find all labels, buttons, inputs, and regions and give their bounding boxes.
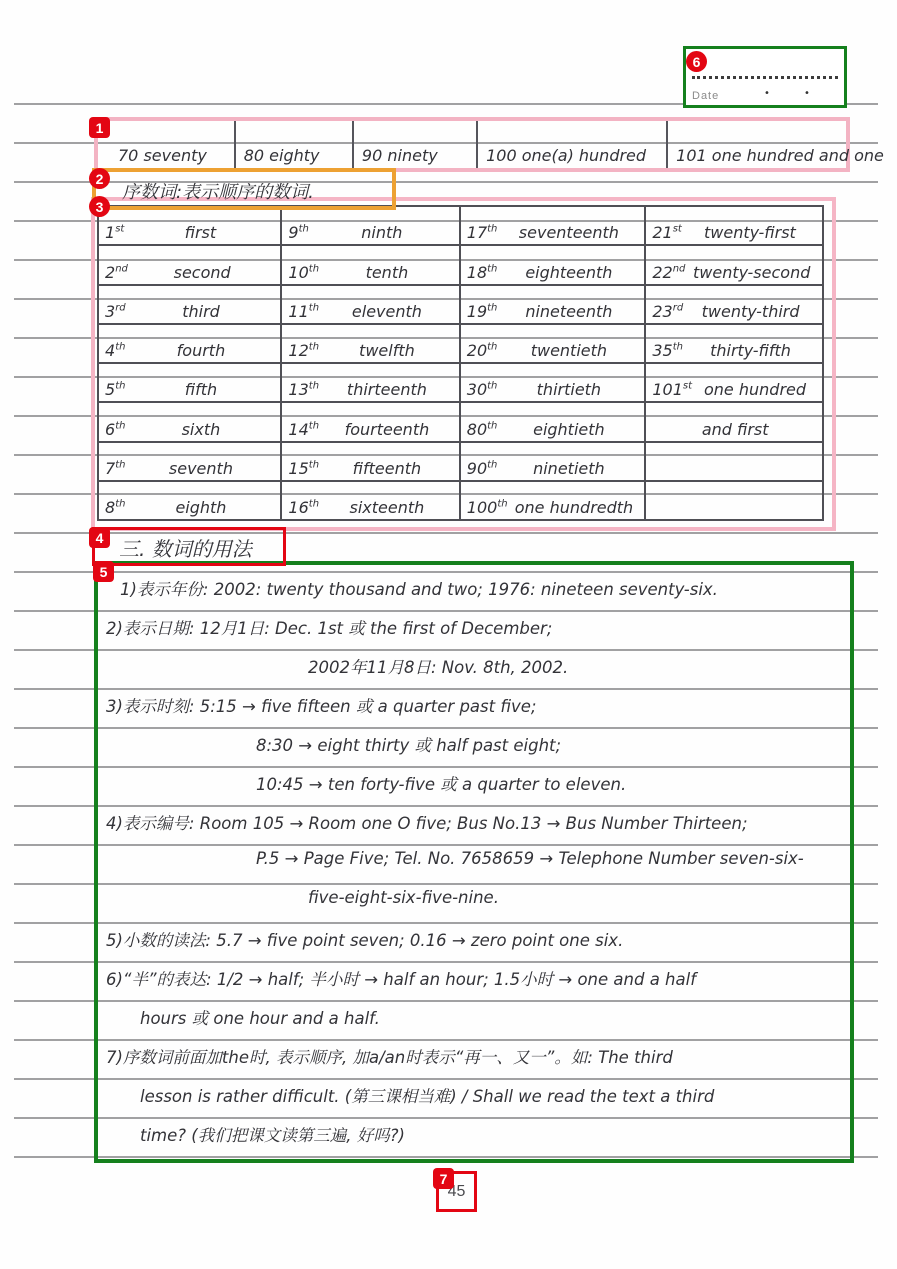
ordinal-num: 22 (652, 263, 672, 282)
ordinal-suffix: nd (673, 263, 686, 274)
ordinal-abbr: 9th (288, 223, 308, 242)
ordinal-abbr: 19th (467, 302, 498, 321)
annotation-badge-6: 6 (686, 51, 707, 72)
usage-heading-text: 三. 数词的用法 (95, 533, 252, 563)
ordinal-suffix: th (309, 459, 319, 470)
ordinal-word: twenty-third (683, 302, 818, 321)
ordinal-abbr: 30th (467, 380, 498, 399)
ordinal-cell: 1stfirst (99, 207, 282, 246)
ordinal-num: 12 (288, 341, 308, 360)
ordinal-cell: 14thfourteenth (282, 403, 460, 442)
ordinal-cell: 11theleventh (282, 286, 460, 325)
ordinal-cell (646, 482, 824, 521)
usage-heading-box: 三. 数词的用法 (92, 527, 286, 566)
ordinal-num: 2 (105, 263, 115, 282)
ordinal-suffix: st (683, 381, 692, 392)
ordinal-abbr: 10th (288, 263, 319, 282)
ordinal-suffix: th (487, 302, 497, 313)
ordinal-cell: and first (646, 403, 824, 442)
ordinal-num: 7 (105, 459, 115, 478)
annotation-badge-4: 4 (89, 527, 110, 548)
ordinal-num: 35 (652, 341, 672, 360)
ordinal-word: twelfth (319, 341, 455, 360)
ordinal-num: 5 (105, 380, 115, 399)
ordinal-intro-box: 序数词:表示顺序的数词. (92, 168, 396, 210)
usage-line: 5)小数的读法: 5.7 → five point seven; 0.16 → … (106, 927, 623, 951)
ordinal-word: sixth (125, 420, 276, 439)
ordinal-cell: 2ndsecond (99, 246, 282, 285)
ordinal-cell: 80theightieth (461, 403, 647, 442)
ordinal-suffix: th (309, 499, 319, 510)
ordinal-num: 11 (288, 302, 308, 321)
ordinal-abbr: 7th (105, 459, 125, 478)
ordinal-intro-text: 序数词:表示顺序的数词. (96, 178, 314, 206)
ordinal-word: eleventh (319, 302, 455, 321)
ordinal-abbr: 80th (467, 420, 498, 439)
ordinal-suffix: th (115, 459, 125, 470)
notebook-page: Date • • 6 70 seventy 80 eighty 90 ninet… (0, 0, 897, 1269)
ordinal-suffix: th (487, 420, 497, 431)
ordinal-cell: 8theighth (99, 482, 282, 521)
ordinal-word: eightieth (497, 420, 640, 439)
ordinal-num: 9 (288, 223, 298, 242)
ordinal-suffix: th (309, 420, 319, 431)
ordinal-suffix: th (487, 459, 497, 470)
date-label: Date (692, 90, 719, 102)
ordinal-suffix: th (115, 499, 125, 510)
ordinal-num: 21 (652, 223, 672, 242)
usage-notes-box: 1)表示年份: 2002: twenty thousand and two; 1… (94, 561, 854, 1163)
ordinal-suffix: th (487, 263, 497, 274)
ordinal-abbr: 23rd (652, 302, 683, 321)
usage-line: 1)表示年份: 2002: twenty thousand and two; 1… (120, 576, 718, 600)
ordinal-abbr: 3rd (105, 302, 126, 321)
ordinal-word: and first (652, 420, 818, 439)
usage-line: five-eight-six-five-nine. (308, 888, 499, 907)
ordinal-abbr: 100th (467, 498, 508, 517)
ordinal-word: fifteenth (319, 459, 455, 478)
ordinal-num: 18 (467, 263, 487, 282)
ordinal-suffix: th (497, 499, 507, 510)
ordinal-cell: 23rdtwenty-third (646, 286, 824, 325)
ordinal-cell: 12thtwelfth (282, 325, 460, 364)
ordinal-abbr: 16th (288, 498, 319, 517)
ordinal-abbr: 11th (288, 302, 319, 321)
ordinal-abbr: 8th (105, 498, 125, 517)
ordinal-suffix: th (299, 224, 309, 235)
ordinal-cell: 19thnineteenth (461, 286, 647, 325)
ordinal-num: 4 (105, 341, 115, 360)
ordinal-num: 100 (467, 498, 498, 517)
ordinal-cell: 20thtwentieth (461, 325, 647, 364)
annotation-badge-5: 5 (93, 561, 114, 582)
ordinal-suffix: th (487, 381, 497, 392)
cardinal-cell: 101 one hundred and one (668, 121, 889, 168)
usage-line: hours 或 one hour and a half. (140, 1005, 380, 1029)
ordinal-num: 13 (288, 380, 308, 399)
date-separator-dot: • (804, 88, 810, 99)
ordinal-num: 16 (288, 498, 308, 517)
ordinal-cell: 90thninetieth (461, 443, 647, 482)
ordinal-word: eighth (125, 498, 276, 517)
ordinal-abbr: 21st (652, 223, 682, 242)
ordinal-word: thirtieth (497, 380, 640, 399)
usage-line: 7)序数词前面加the时, 表示顺序, 加a/an时表示“再一、又一”。如: T… (106, 1044, 673, 1068)
ordinal-word: twenty-second (685, 263, 818, 282)
ordinal-word: seventh (125, 459, 276, 478)
ordinal-suffix: th (115, 342, 125, 353)
annotation-badge-3: 3 (89, 196, 110, 217)
ordinal-abbr: 20th (467, 341, 498, 360)
ordinal-suffix: th (115, 381, 125, 392)
ordinal-num: 30 (467, 380, 487, 399)
ordinal-suffix: th (487, 342, 497, 353)
ordinal-word: one hundredth (508, 498, 641, 517)
ordinal-cell: 4thfourth (99, 325, 282, 364)
annotation-badge-1: 1 (89, 117, 110, 138)
ordinal-abbr: 101st (652, 380, 692, 399)
ordinal-suffix: th (115, 420, 125, 431)
ordinal-suffix: th (309, 302, 319, 313)
usage-line: 2002年11月8日: Nov. 8th, 2002. (308, 654, 568, 678)
usage-line: time? (我们把课文读第三遍, 好吗?) (140, 1122, 405, 1146)
ordinal-num: 20 (467, 341, 487, 360)
ordinal-word: first (124, 223, 276, 242)
ordinal-abbr: 6th (105, 420, 125, 439)
ordinal-cell: 100thone hundredth (461, 482, 647, 521)
ordinal-cell: 6thsixth (99, 403, 282, 442)
usage-line: 4)表示编号: Room 105 → Room one O five; Bus … (106, 810, 748, 834)
ordinal-suffix: th (309, 381, 319, 392)
ordinal-cell: 7thseventh (99, 443, 282, 482)
ordinal-suffix: rd (115, 302, 125, 313)
ordinal-cell: 35ththirty-fifth (646, 325, 824, 364)
ordinal-cell: 16thsixteenth (282, 482, 460, 521)
ordinal-word: ninth (309, 223, 455, 242)
ordinal-suffix: nd (115, 263, 128, 274)
ordinal-cell: 21sttwenty-first (646, 207, 824, 246)
ordinal-num: 3 (105, 302, 115, 321)
ordinal-suffix: th (309, 263, 319, 274)
ordinal-num: 6 (105, 420, 115, 439)
annotation-badge-2: 2 (89, 168, 110, 189)
ordinal-abbr: 1st (105, 223, 124, 242)
usage-line: 3)表示时刻: 5:15 → five fifteen 或 a quarter … (106, 693, 536, 717)
ordinal-num: 15 (288, 459, 308, 478)
ordinal-abbr: 17th (467, 223, 498, 242)
ordinal-word: eighteenth (497, 263, 640, 282)
date-separator-dot: • (764, 88, 770, 99)
ordinal-word: twentieth (497, 341, 640, 360)
ordinal-word: twenty-first (682, 223, 818, 242)
ordinal-suffix: th (673, 342, 683, 353)
ordinal-word: fifth (125, 380, 276, 399)
ordinal-word: seventeenth (497, 223, 640, 242)
ordinal-word: sixteenth (319, 498, 455, 517)
ordinal-abbr: 14th (288, 420, 319, 439)
ordinal-num: 17 (467, 223, 487, 242)
ordinal-num: 8 (105, 498, 115, 517)
ordinal-num: 101 (652, 380, 683, 399)
date-box: Date • • (683, 46, 847, 108)
ordinal-word: one hundred (692, 380, 818, 399)
ordinal-num: 90 (467, 459, 487, 478)
usage-line: lesson is rather difficult. (第三课相当难) / S… (140, 1083, 714, 1107)
ordinal-num: 19 (467, 302, 487, 321)
ordinal-word: thirty-fifth (683, 341, 818, 360)
ordinal-suffix: st (673, 224, 682, 235)
ordinal-abbr: 15th (288, 459, 319, 478)
ordinal-abbr: 13th (288, 380, 319, 399)
ordinal-word: second (128, 263, 277, 282)
ordinal-num: 14 (288, 420, 308, 439)
ordinal-suffix: rd (673, 302, 683, 313)
ordinal-word: nineteenth (497, 302, 640, 321)
annotation-badge-7: 7 (433, 1168, 454, 1189)
ordinal-cell: 9thninth (282, 207, 460, 246)
ordinal-cell: 3rdthird (99, 286, 282, 325)
usage-line: 6)“半”的表达: 1/2 → half; 半小时 → half an hour… (106, 966, 696, 990)
ordinal-num: 10 (288, 263, 308, 282)
usage-line: 2)表示日期: 12月1日: Dec. 1st 或 the first of D… (106, 615, 552, 639)
ordinal-abbr: 22nd (652, 263, 685, 282)
ordinal-abbr: 4th (105, 341, 125, 360)
ordinal-word: tenth (319, 263, 455, 282)
ordinal-abbr: 35th (652, 341, 683, 360)
ordinal-cell: 15thfifteenth (282, 443, 460, 482)
cardinal-cell: 90 ninety (354, 121, 478, 168)
ordinal-abbr: 18th (467, 263, 498, 282)
usage-line: P.5 → Page Five; Tel. No. 7658659 → Tele… (256, 849, 804, 868)
ordinal-num: 1 (105, 223, 115, 242)
ordinal-cell: 5thfifth (99, 364, 282, 403)
dotted-fill-line (692, 76, 838, 79)
cardinal-row-box: 70 seventy 80 eighty 90 ninety 100 one(a… (94, 117, 850, 172)
ordinal-num: 80 (467, 420, 487, 439)
ordinal-abbr: 2nd (105, 263, 128, 282)
ordinal-abbr: 90th (467, 459, 498, 478)
cardinal-cell: 70 seventy (98, 121, 236, 168)
ordinal-cell: 18theighteenth (461, 246, 647, 285)
ordinal-cell: 101stone hundred (646, 364, 824, 403)
ordinal-suffix: st (115, 224, 124, 235)
ordinal-table-box: 1stfirst 9thninth 17thseventeenth 21sttw… (91, 197, 836, 531)
ordinal-cell: 30ththirtieth (461, 364, 647, 403)
ordinal-table: 1stfirst 9thninth 17thseventeenth 21sttw… (97, 205, 824, 521)
usage-line: 8:30 → eight thirty 或 half past eight; (256, 732, 561, 756)
ordinal-cell (646, 443, 824, 482)
ordinal-word: third (126, 302, 277, 321)
ordinal-word: fourteenth (319, 420, 455, 439)
ordinal-word: thirteenth (319, 380, 455, 399)
ordinal-num: 23 (652, 302, 672, 321)
ordinal-suffix: th (309, 342, 319, 353)
ordinal-cell: 22ndtwenty-second (646, 246, 824, 285)
ordinal-word: fourth (125, 341, 276, 360)
ordinal-cell: 10thtenth (282, 246, 460, 285)
cardinal-cell: 100 one(a) hundred (478, 121, 668, 168)
ordinal-cell: 17thseventeenth (461, 207, 647, 246)
ordinal-abbr: 12th (288, 341, 319, 360)
ordinal-word: ninetieth (497, 459, 640, 478)
cardinal-cell: 80 eighty (236, 121, 354, 168)
ordinal-cell: 13ththirteenth (282, 364, 460, 403)
usage-line: 10:45 → ten forty-five 或 a quarter to el… (256, 771, 626, 795)
ordinal-suffix: th (487, 224, 497, 235)
ordinal-abbr: 5th (105, 380, 125, 399)
